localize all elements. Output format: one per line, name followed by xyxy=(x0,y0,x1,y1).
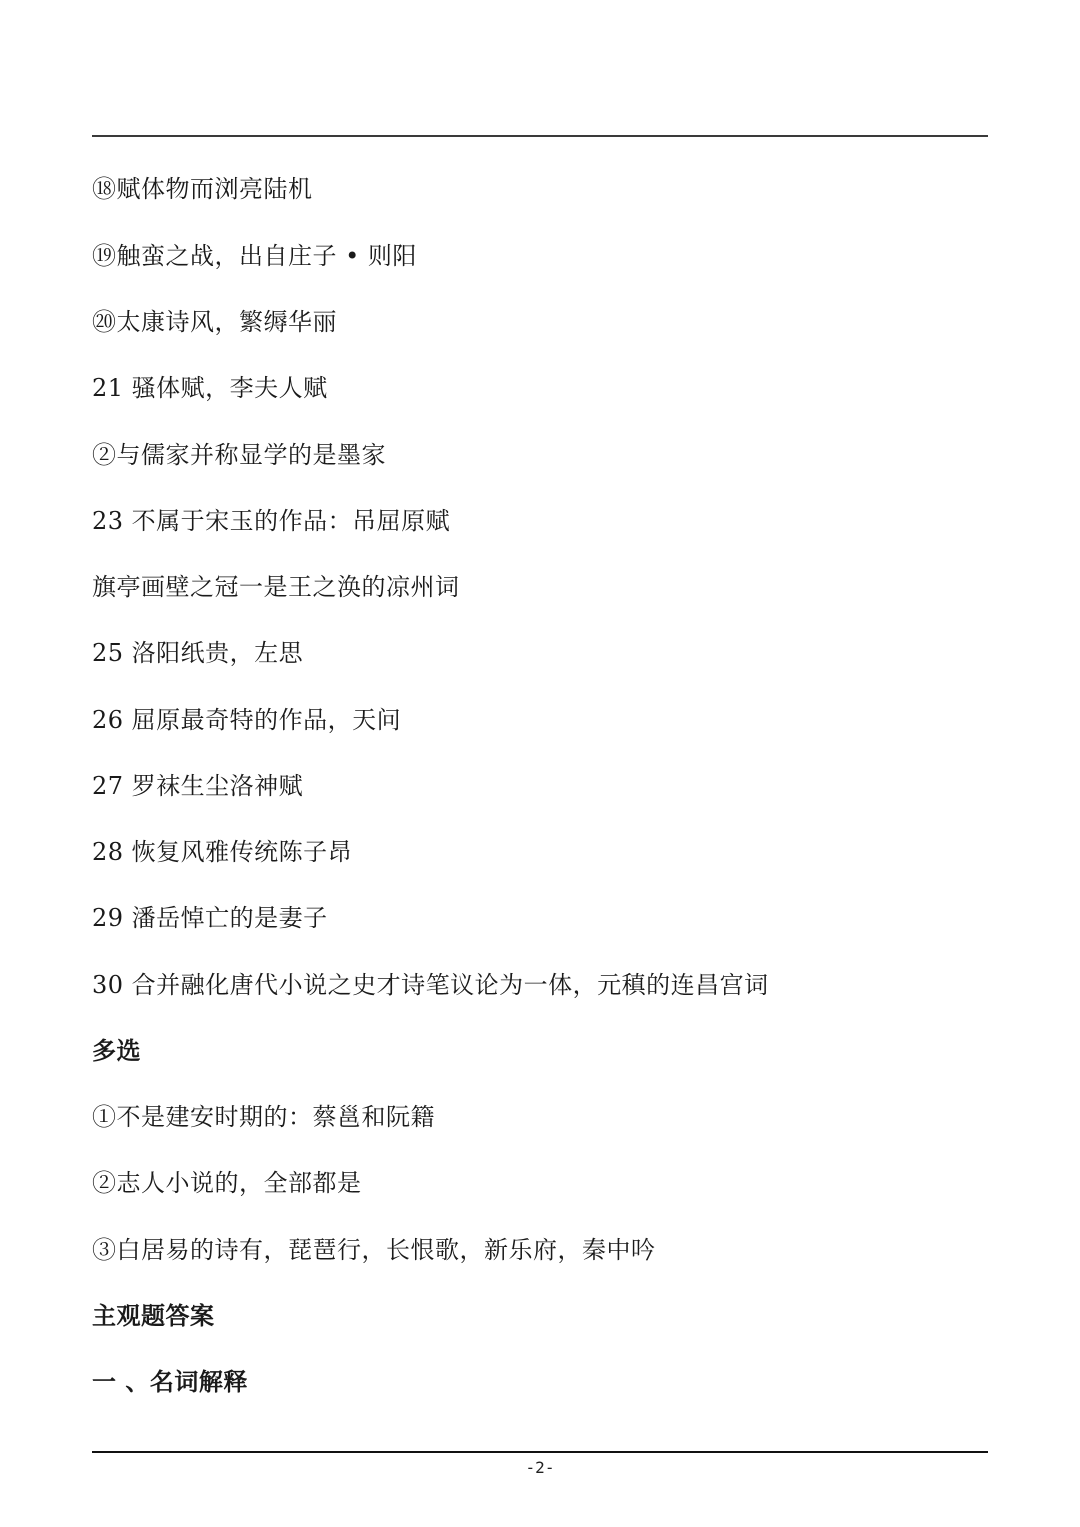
answer-line-21: 21 骚体赋，李夫人赋 xyxy=(92,373,328,403)
page-number: -2- xyxy=(0,1458,1080,1478)
answer-line-28: 28 恢复风雅传统陈子昂 xyxy=(92,837,352,867)
answer-line-20: ⑳太康诗风，繁缛华丽 xyxy=(92,307,337,337)
subjective-answers-heading: 主观题答案 xyxy=(92,1301,215,1331)
multi-choice-heading: 多选 xyxy=(92,1036,141,1066)
answer-line-23: 23 不属于宋玉的作品：吊屈原赋 xyxy=(92,506,450,536)
footer-rule xyxy=(92,1451,988,1453)
answer-line-27: 27 罗袜生尘洛神赋 xyxy=(92,771,303,801)
answer-line-29: 29 潘岳悼亡的是妻子 xyxy=(92,903,328,933)
answer-line-18: ⑱赋体物而浏亮陆机 xyxy=(92,174,313,204)
multi-choice-item-2: ②志人小说的，全部都是 xyxy=(92,1168,362,1198)
answer-line-26: 26 屈原最奇特的作品，天问 xyxy=(92,705,401,735)
multi-choice-item-3: ③白居易的诗有，琵琶行，长恨歌，新乐府，秦中吟 xyxy=(92,1235,656,1265)
term-explanation-heading: 一 、名词解释 xyxy=(92,1367,248,1397)
answer-line-24: 旗亭画壁之冠一是王之涣的凉州词 xyxy=(92,572,460,602)
answer-line-25: 25 洛阳纸贵，左思 xyxy=(92,638,303,668)
answer-line-22: ②与儒家并称显学的是墨家 xyxy=(92,440,386,470)
answer-line-19: ⑲触蛮之战，出自庄子 • 则阳 xyxy=(92,241,417,271)
header-rule xyxy=(92,135,988,137)
multi-choice-item-1: ①不是建安时期的：蔡邕和阮籍 xyxy=(92,1102,435,1132)
answer-line-30: 30 合并融化唐代小说之史才诗笔议论为一体，元稹的连昌宫词 xyxy=(92,970,769,1000)
